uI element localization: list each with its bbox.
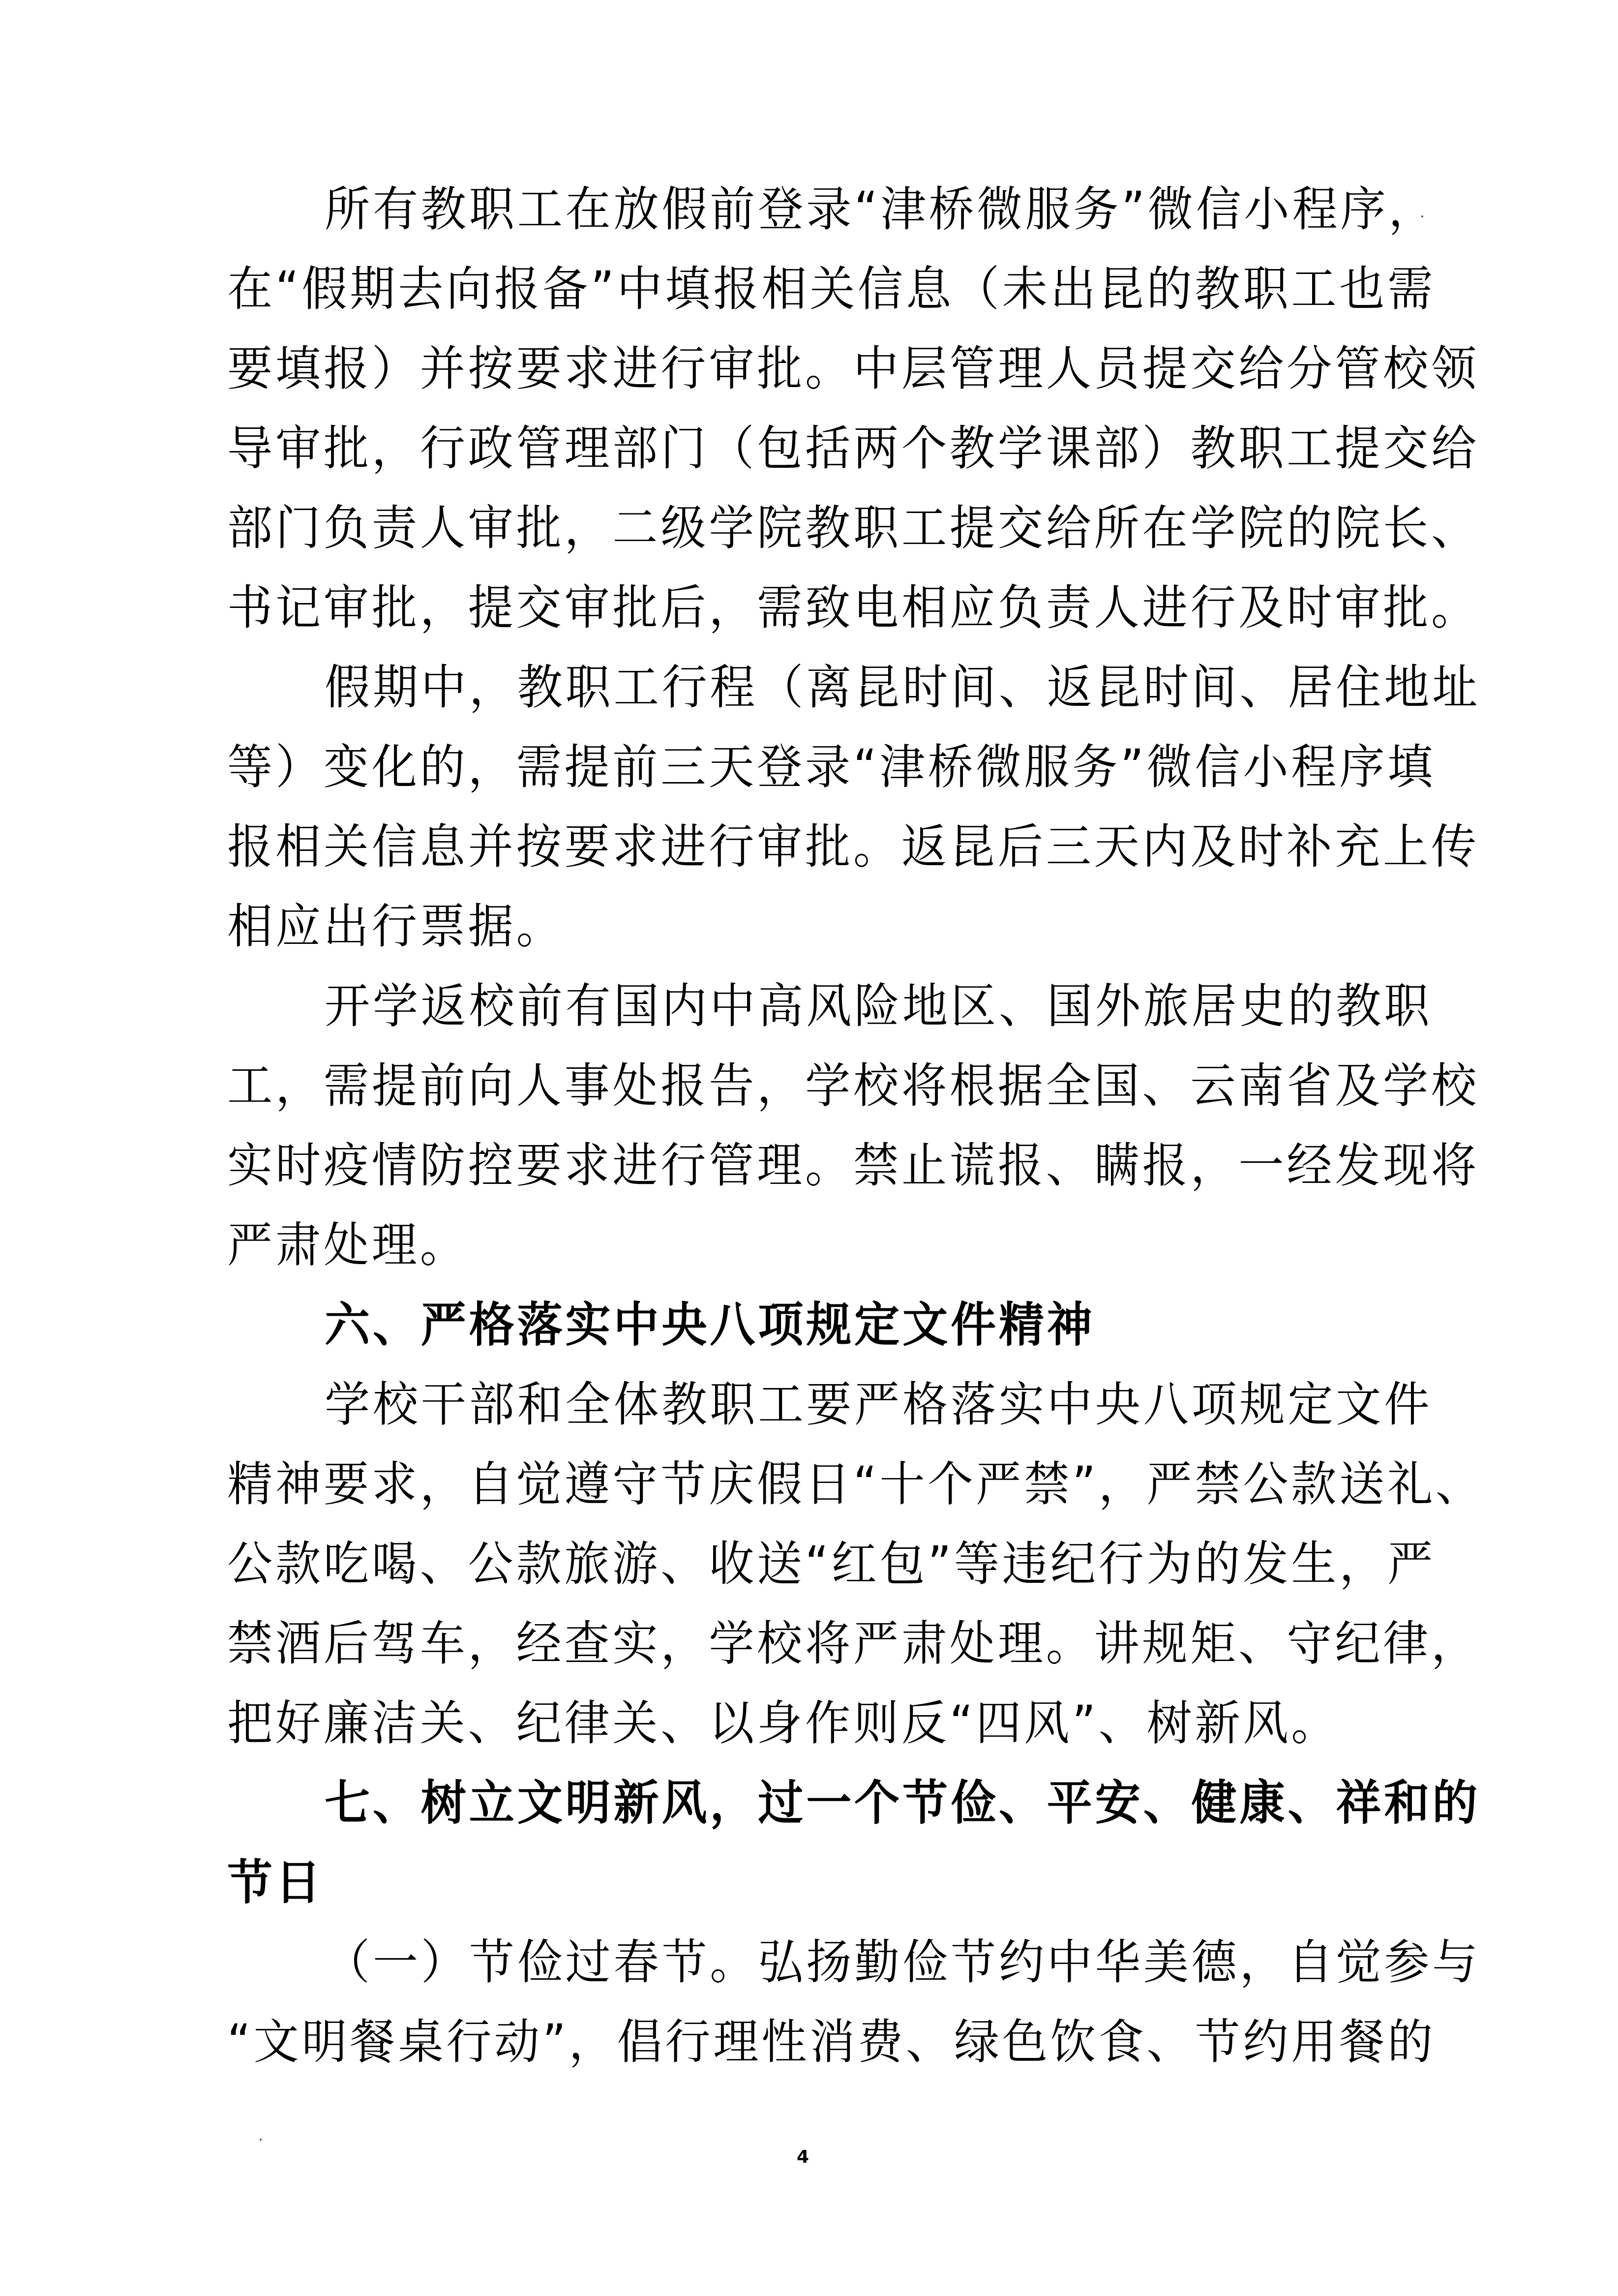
paragraph-line: 相应出行票据。	[227, 897, 564, 956]
paragraph-line: 等）变化的，需提前三天登录“津桥微服务”微信小程序填	[227, 737, 1436, 796]
paragraph-line: 公款吃喝、公款旅游、收送“红包”等违纪行为的发生，严	[227, 1534, 1436, 1593]
document-page: 所有教职工在放假前登录“津桥微服务”微信小程序，在“假期去向报备”中填报相关信息…	[0, 0, 1618, 2296]
paragraph-line: 书记审批，提交审批后，需致电相应负责人进行及时审批。	[227, 578, 1479, 637]
scan-speck	[1392, 2054, 1394, 2055]
scan-speck	[260, 2139, 262, 2141]
paragraph-line: 把好廉洁关、纪律关、以身作则反“四风”、树新风。	[227, 1693, 1339, 1752]
paragraph-line: 严肃处理。	[227, 1215, 468, 1274]
page-number: 4	[797, 2147, 809, 2167]
paragraph-line: 所有教职工在放假前登录“津桥微服务”微信小程序，	[325, 180, 1437, 239]
paragraph-line: 实时疫情防控要求进行管理。禁止谎报、瞒报，一经发现将	[227, 1136, 1479, 1195]
paragraph-line: “文明餐桌行动”，倡行理性消费、绿色饮食、节约用餐的	[227, 2012, 1436, 2071]
paragraph-line: 报相关信息并按要求进行审批。返昆后三天内及时补充上传	[227, 817, 1479, 876]
paragraph-line: 开学返校前有国内中高风险地区、国外旅居史的教职	[325, 976, 1432, 1035]
paragraph-line: 学校干部和全体教职工要严格落实中央八项规定文件	[325, 1375, 1432, 1434]
paragraph-line: （一）节俭过春节。弘扬勤俭节约中华美德，自觉参与	[325, 1933, 1480, 1992]
paragraph-line: 假期中，教职工行程（离昆时间、返昆时间、居住地址	[325, 658, 1480, 717]
paragraph-line: 禁酒后驾车，经查实，学校将严肃处理。讲规矩、守纪律，	[227, 1614, 1479, 1673]
paragraph-line: 导审批，行政管理部门（包括两个教学课部）教职工提交给	[227, 419, 1479, 478]
paragraph-line: 要填报）并按要求进行审批。中层管理人员提交给分管校领	[227, 339, 1479, 398]
section-heading-line: 节日	[227, 1853, 324, 1912]
paragraph-line: 在“假期去向报备”中填报相关信息（未出昆的教职工也需	[227, 259, 1436, 318]
scan-speck	[1421, 215, 1423, 217]
section-heading-line: 六、严格落实中央八项规定文件精神	[325, 1295, 1095, 1354]
paragraph-line: 工，需提前向人事处报告，学校将根据全国、云南省及学校	[227, 1056, 1479, 1115]
paragraph-line: 精神要求，自觉遵守节庆假日“十个严禁”，严禁公款送礼、	[227, 1454, 1484, 1513]
section-heading-line: 七、树立文明新风，过一个节俭、平安、健康、祥和的	[325, 1773, 1480, 1832]
paragraph-line: 部门负责人审批，二级学院教职工提交给所在学院的院长、	[227, 498, 1479, 557]
